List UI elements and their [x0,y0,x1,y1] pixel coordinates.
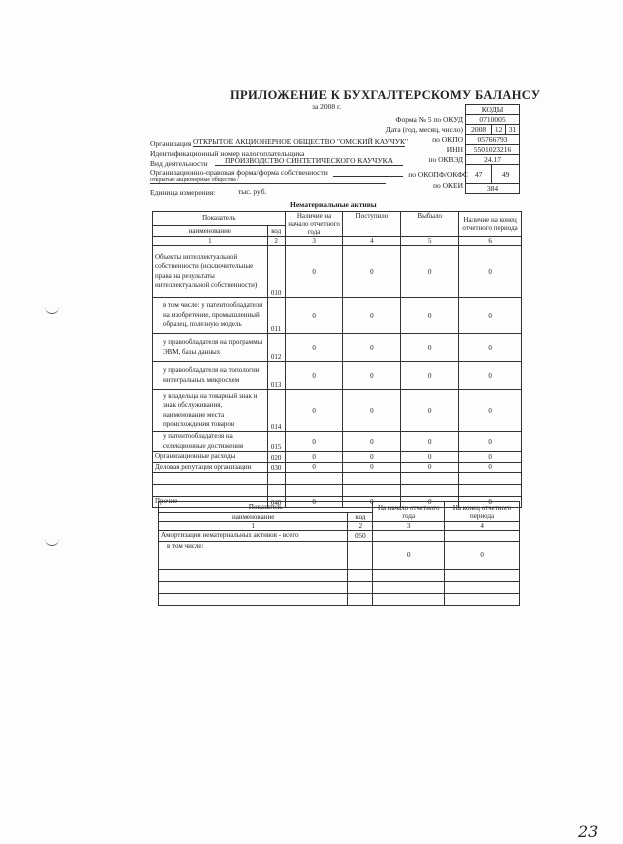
col-number: 4 [343,237,401,246]
row-disposed: 0 [401,462,459,473]
row-received: 0 [343,432,401,452]
table-row: Амортизация нематериальных активов - все… [159,531,520,542]
row-code: 014 [267,390,285,432]
row-code: 010 [267,246,285,298]
row-code [267,485,285,497]
unit-value: тыс. руб. [238,187,266,196]
row-name: в том числе: у патентообладателя на изоб… [153,298,268,334]
okei-code: 384 [466,184,520,194]
table-row: у патентообладателя на селекционные дост… [153,432,522,452]
row-name: Амортизация нематериальных активов - все… [159,531,348,542]
row-end: 0 [459,334,522,362]
col-number: 5 [401,237,459,246]
page-number: 23 [578,822,598,841]
table-row: в том числе:00 [159,541,520,569]
row-end: 0 [459,432,522,452]
row-end: 0 [459,246,522,298]
row-code: 030 [267,462,285,473]
date-day: 31 [506,125,520,135]
row-end [459,485,522,497]
row-start: 0 [285,246,343,298]
row-received: 0 [343,334,401,362]
row-received: 0 [343,452,401,463]
col-number: 3 [285,237,343,246]
row-end: 0 [459,298,522,334]
okopf-label: по ОКОПФ/ОКФС [408,170,468,179]
row-code: 011 [267,298,285,334]
activity-label: Вид деятельности [150,159,208,168]
okud-code: 0710005 [466,115,520,125]
row-name: Организационные расходы [153,452,268,463]
date-month: 12 [492,125,506,135]
row-end [459,473,522,485]
date-label: Дата (год, месяц, число) [386,125,463,134]
row-disposed: 0 [401,334,459,362]
col-number: 3 [373,522,445,531]
row-code: 015 [267,432,285,452]
date-year: 2008 [466,125,492,135]
okved-code: 24.17 [466,155,520,165]
col-number: 2 [267,237,285,246]
okved-label: по ОКВЭД [429,155,464,164]
table-row: Объекты интеллектуальной собственности (… [153,246,522,298]
row-start: 0 [285,334,343,362]
hdr-name: наименование [153,225,268,236]
row-code [348,581,373,593]
okei-label: по ОКЕИ [433,181,463,190]
row-end: 0 [459,452,522,463]
row-name [153,473,268,485]
row-disposed: 0 [401,432,459,452]
row-received: 0 [343,298,401,334]
row-code [348,569,373,581]
row-name [159,569,348,581]
row-name [159,593,348,605]
row-start: 0 [285,452,343,463]
row-start [285,473,343,485]
row-received [343,485,401,497]
row-received: 0 [343,362,401,390]
table-row: Деловая репутация организации0300000 [153,462,522,473]
hdr-code: код [267,225,285,236]
row-start: 0 [285,462,343,473]
col-number: 6 [459,237,522,246]
amort-hdr-start: На начало отчетного года [373,502,445,522]
row-name: у патентообладателя на селекционные дост… [153,432,268,452]
hdr-end: Наличие на конец отчетного периода [459,212,522,237]
okfs-code: 49 [492,165,520,184]
row-name [153,485,268,497]
row-received: 0 [343,246,401,298]
table-row: Организационные расходы0200000 [153,452,522,463]
row-code: 013 [267,362,285,390]
amort-hdr-name: наименование [159,513,348,522]
row-code: 050 [348,531,373,542]
row-received: 0 [343,390,401,432]
table-row: у владельца на товарный знак и знак обсл… [153,390,522,432]
page-title: ПРИЛОЖЕНИЕ К БУХГАЛТЕРСКОМУ БАЛАНСУ [230,88,540,103]
codes-header: КОДЫ [466,105,520,115]
table-row: в том числе: у патентообладателя на изоб… [153,298,522,334]
row-received: 0 [343,462,401,473]
row-disposed: 0 [401,246,459,298]
row-disposed [401,473,459,485]
org-label: Организация [150,139,191,148]
row-disposed: 0 [401,390,459,432]
row-name: Деловая репутация организации [153,462,268,473]
unit-label: Единица измерения: [150,188,215,197]
table-row [159,593,520,605]
hdr-start: Наличие на начало отчетного года [285,212,343,237]
margin-mark [45,537,59,546]
table-row: у правообладателя на программы ЭВМ, базы… [153,334,522,362]
inn-code: 5501023216 [466,145,520,155]
codes-box: КОДЫ 0710005 2008 12 31 05766793 5501023… [465,104,520,194]
row-code [348,593,373,605]
row-code: 012 [267,334,285,362]
row-end [445,569,520,581]
form-label: Форма № 5 по ОКУД [396,115,463,124]
row-code: 020 [267,452,285,463]
row-end: 0 [445,541,520,569]
col-number: 1 [153,237,268,246]
row-code [267,473,285,485]
row-start [373,569,445,581]
col-number: 1 [159,522,348,531]
amort-hdr-code: код [348,513,373,522]
row-start [373,531,445,542]
table-row: у правообладателя на топологии интеграль… [153,362,522,390]
row-start [285,485,343,497]
row-start: 0 [285,362,343,390]
amort-hdr-indicator: Показатель [159,502,373,513]
report-period: за 2008 г. [312,102,341,111]
row-name: Объекты интеллектуальной собственности (… [153,246,268,298]
row-name: у правообладателя на программы ЭВМ, базы… [153,334,268,362]
okopf-code: 47 [466,165,492,184]
row-end [445,531,520,542]
col-number: 4 [445,522,520,531]
row-start: 0 [285,298,343,334]
hdr-indicator: Показатель [153,212,286,226]
activity-value: ПРОИЗВОДСТВО СИНТЕТИЧЕСКОГО КАУЧУКА [215,156,403,166]
okpo-code: 05766793 [466,135,520,145]
row-end: 0 [459,390,522,432]
hdr-disposed: Выбыло [401,212,459,237]
amortization-table: Показатель На начало отчетного года На к… [158,501,520,606]
table-row [159,581,520,593]
row-start: 0 [373,541,445,569]
row-disposed: 0 [401,452,459,463]
row-name [159,581,348,593]
hdr-received: Поступило [343,212,401,237]
col-number: 2 [348,522,373,531]
row-disposed [401,485,459,497]
row-disposed: 0 [401,362,459,390]
row-code [348,541,373,569]
row-start: 0 [285,390,343,432]
row-disposed: 0 [401,298,459,334]
row-end [445,593,520,605]
table-row [153,485,522,497]
row-end [445,581,520,593]
table-row [159,569,520,581]
row-name: в том числе: [159,541,348,569]
row-end: 0 [459,362,522,390]
row-received [343,473,401,485]
row-name: у правообладателя на топологии интеграль… [153,362,268,390]
org-name: ОТКРЫТОЕ АКЦИОНЕРНОЕ ОБЩЕСТВО "ОМСКИЙ КА… [193,137,405,147]
inn-label: ИНН [447,145,463,154]
legal-form-label: Организационно-правовая форма/форма собс… [150,168,328,177]
margin-mark [45,305,59,314]
okpo-label: по ОКПО [432,135,463,144]
amort-hdr-end: На конец отчетного периода [445,502,520,522]
legal-form-value: открытые акционерные общества / [150,177,386,184]
intangibles-table: Показатель Наличие на начало отчетного г… [152,211,522,508]
row-start [373,581,445,593]
row-name: у владельца на товарный знак и знак обсл… [153,390,268,432]
row-start: 0 [285,432,343,452]
row-end: 0 [459,462,522,473]
row-start [373,593,445,605]
table-row [153,473,522,485]
intangibles-title: Нематериальные активы [290,200,377,209]
